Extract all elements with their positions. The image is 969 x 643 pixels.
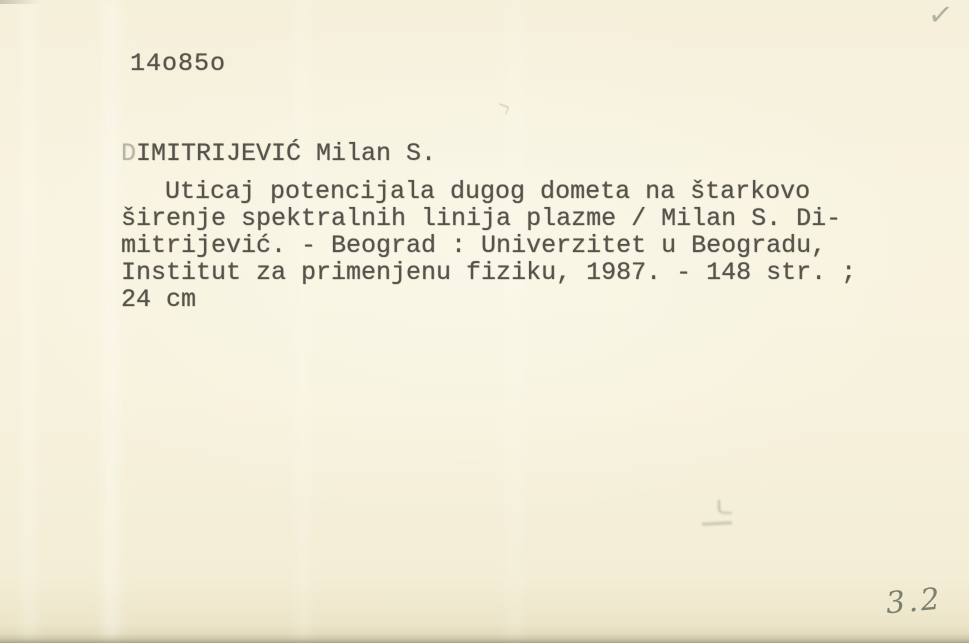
- scan-streak: [104, 0, 118, 643]
- description-line: 24 cm: [121, 286, 891, 313]
- catalog-number: 14o85o: [130, 49, 226, 78]
- card-bottom-edge: [0, 634, 969, 643]
- checkmark-annotation: ✓: [926, 0, 955, 34]
- bibliographic-description: Uticaj potencijala dugog dometa na štark…: [121, 178, 891, 313]
- pencil-smudge: [718, 500, 732, 514]
- description-line: Uticaj potencijala dugog dometa na štark…: [121, 178, 891, 205]
- description-line: Institut za primenjenu fiziku, 1987. - 1…: [121, 259, 891, 286]
- scan-streak: [298, 0, 308, 643]
- author-heading: DIMITRIJEVIĆ Milan S.: [121, 140, 891, 167]
- description-line: mitrijević. - Beograd : Univerzitet u Be…: [121, 232, 891, 259]
- description-line: širenje spektralnih linija plazme / Mila…: [121, 205, 891, 232]
- catalog-entry: DIMITRIJEVIĆ Milan S. Uticaj potencijala…: [121, 140, 891, 313]
- scan-streak: [508, 0, 520, 643]
- catalog-card-scan: ✓ 14o85o DIMITRIJEVIĆ Milan S. Uticaj po…: [0, 0, 969, 643]
- shelf-mark-annotation: 3.2: [885, 582, 945, 622]
- card-top-edge: [0, 0, 40, 4]
- pencil-smudge: [702, 521, 732, 526]
- scan-streak: [24, 0, 34, 643]
